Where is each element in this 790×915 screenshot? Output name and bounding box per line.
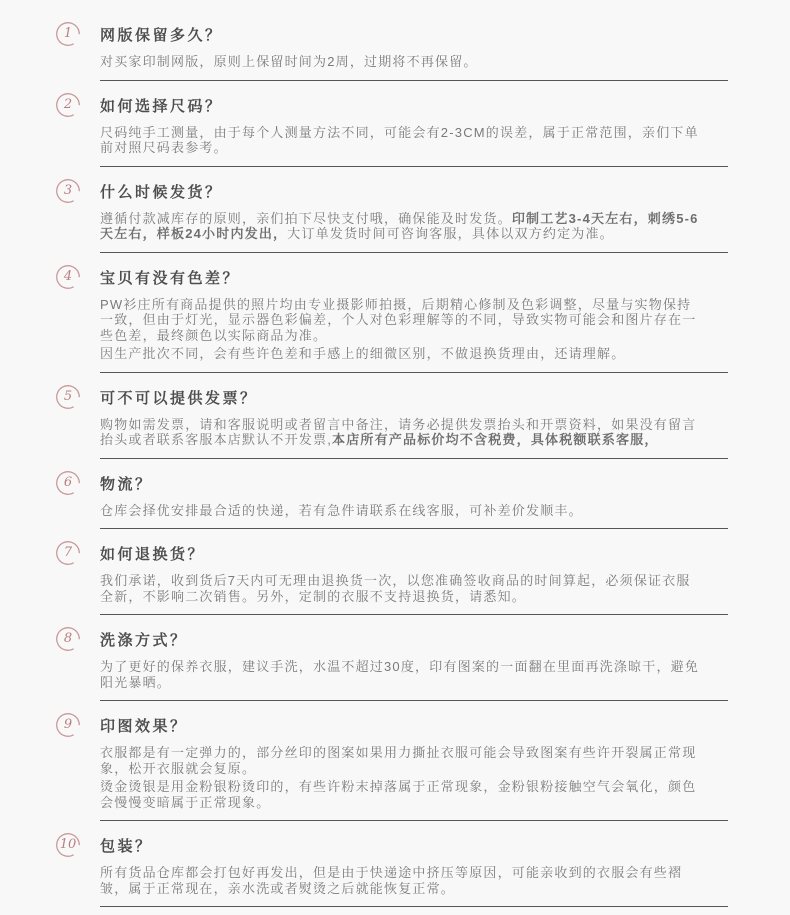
answer-paragraph: 所有货品仓库都会打包好再发出，但是由于快递途中挤压等原因，可能亲收到的衣服会有些… bbox=[100, 865, 700, 896]
item-number: 2 bbox=[55, 92, 81, 118]
item-number: 8 bbox=[55, 626, 81, 652]
item-number-badge: 2 bbox=[55, 92, 81, 118]
answer-paragraph: 我们承诺，收到货后7天内可无理由退换货一次，以您准确签收商品的时间算起，必须保证… bbox=[100, 573, 700, 604]
faq-item-1: 1 网版保留多久？ 对买家印制网版，原则上保留时间为2周，过期将不再保留。 bbox=[0, 12, 790, 81]
answer-paragraph: 购物如需发票，请和客服说明或者留言中备注，请务必提供发票抬头和开票资料，如果没有… bbox=[100, 417, 700, 448]
item-question: 洗涤方式？ bbox=[100, 628, 728, 654]
answer-paragraph: 对买家印制网版，原则上保留时间为2周，过期将不再保留。 bbox=[100, 54, 700, 70]
faq-item-2: 2 如何选择尺码？ 尺码纯手工测量，由于每个人测量方法不同，可能会有2-3CM的… bbox=[0, 81, 790, 167]
answer-segment: 烫金烫银是用金粉银粉烫印的，有些许粉末掉落属于正常现象，金粉银粉接触空气会氧化，… bbox=[100, 779, 696, 810]
item-number: 5 bbox=[55, 384, 81, 410]
answer-paragraph: 烫金烫银是用金粉银粉烫印的，有些许粉末掉落属于正常现象，金粉银粉接触空气会氧化，… bbox=[100, 779, 700, 810]
item-answer: 遵循付款减库存的原则，亲们拍下尽快支付哦，确保能及时发货。印制工艺3-4天左右，… bbox=[100, 211, 700, 242]
item-number: 9 bbox=[55, 712, 81, 738]
item-number-badge: 1 bbox=[55, 21, 81, 47]
answer-segment: 为了更好的保养衣服，建议手洗，水温不超过30度，印有图案的一面翻在里面再洗涤晾干… bbox=[100, 659, 699, 690]
item-answer: 对买家印制网版，原则上保留时间为2周，过期将不再保留。 bbox=[100, 54, 700, 70]
item-question: 什么时候发货？ bbox=[100, 180, 728, 206]
item-answer: PW衫庄所有商品提供的照片均由专业摄影师拍摄，后期精心修制及色彩调整，尽量与实物… bbox=[100, 297, 700, 362]
faq-item-8: 8 洗涤方式？ 为了更好的保养衣服，建议手洗，水温不超过30度，印有图案的一面翻… bbox=[0, 615, 790, 701]
item-number: 4 bbox=[55, 264, 81, 290]
item-question: 如何退换货？ bbox=[100, 542, 728, 568]
item-number-badge: 7 bbox=[55, 540, 81, 566]
faq-item-4: 4 宝贝有没有色差？ PW衫庄所有商品提供的照片均由专业摄影师拍摄，后期精心修制… bbox=[0, 253, 790, 373]
answer-segment: 对买家印制网版，原则上保留时间为2周，过期将不再保留。 bbox=[100, 54, 478, 69]
item-number-badge: 5 bbox=[55, 384, 81, 410]
item-question: 网版保留多久？ bbox=[100, 23, 728, 49]
answer-segment: 大订单发货时间可咨询客服，具体以双方约定为准。 bbox=[287, 226, 614, 241]
answer-paragraph: 仓库会择优安排最合适的快递，若有急件请联系在线客服，可补差价发顺丰。 bbox=[100, 503, 700, 519]
item-number: 3 bbox=[55, 178, 81, 204]
answer-segment: 所有货品仓库都会打包好再发出，但是由于快递途中挤压等原因，可能亲收到的衣服会有些… bbox=[100, 865, 682, 896]
item-answer: 所有货品仓库都会打包好再发出，但是由于快递途中挤压等原因，可能亲收到的衣服会有些… bbox=[100, 865, 700, 896]
item-question: 如何选择尺码？ bbox=[100, 94, 728, 120]
faq-item-5: 5 可不可以提供发票？ 购物如需发票，请和客服说明或者留言中备注，请务必提供发票… bbox=[0, 373, 790, 459]
item-question: 宝贝有没有色差？ bbox=[100, 266, 728, 292]
faq-item-6: 6 物流？ 仓库会择优安排最合适的快递，若有急件请联系在线客服，可补差价发顺丰。 bbox=[0, 459, 790, 530]
item-number-badge: 8 bbox=[55, 626, 81, 652]
answer-paragraph: 为了更好的保养衣服，建议手洗，水温不超过30度，印有图案的一面翻在里面再洗涤晾干… bbox=[100, 659, 700, 690]
item-answer: 尺码纯手工测量，由于每个人测量方法不同，可能会有2-3CM的误差，属于正常范围，… bbox=[100, 125, 700, 156]
item-divider bbox=[100, 906, 728, 907]
item-number-badge: 9 bbox=[55, 712, 81, 738]
item-answer: 为了更好的保养衣服，建议手洗，水温不超过30度，印有图案的一面翻在里面再洗涤晾干… bbox=[100, 659, 700, 690]
answer-paragraph: 衣服都是有一定弹力的，部分丝印的图案如果用力撕扯衣服可能会导致图案有些许开裂属正… bbox=[100, 745, 700, 776]
item-question: 印图效果？ bbox=[100, 714, 728, 740]
answer-paragraph: 尺码纯手工测量，由于每个人测量方法不同，可能会有2-3CM的误差，属于正常范围，… bbox=[100, 125, 700, 156]
item-number-badge: 3 bbox=[55, 178, 81, 204]
item-number: 1 bbox=[55, 21, 81, 47]
item-number: 7 bbox=[55, 540, 81, 566]
answer-segment: 遵循付款减库存的原则，亲们拍下尽快支付哦，确保能及时发货。 bbox=[100, 211, 512, 226]
faq-item-9: 9 印图效果？ 衣服都是有一定弹力的，部分丝印的图案如果用力撕扯衣服可能会导致图… bbox=[0, 701, 790, 821]
answer-paragraph: 因生产批次不同，会有些许色差和手感上的细微区别，不做退换货理由，还请理解。 bbox=[100, 346, 700, 362]
item-number-badge: 4 bbox=[55, 264, 81, 290]
faq-item-3: 3 什么时候发货？ 遵循付款减库存的原则，亲们拍下尽快支付哦，确保能及时发货。印… bbox=[0, 167, 790, 253]
faq-item-7: 7 如何退换货？ 我们承诺，收到货后7天内可无理由退换货一次，以您准确签收商品的… bbox=[0, 529, 790, 615]
item-question: 可不可以提供发票？ bbox=[100, 386, 728, 412]
answer-segment: 衣服都是有一定弹力的，部分丝印的图案如果用力撕扯衣服可能会导致图案有些许开裂属正… bbox=[100, 745, 696, 776]
item-answer: 衣服都是有一定弹力的，部分丝印的图案如果用力撕扯衣服可能会导致图案有些许开裂属正… bbox=[100, 745, 700, 810]
item-answer: 仓库会择优安排最合适的快递，若有急件请联系在线客服，可补差价发顺丰。 bbox=[100, 503, 700, 519]
item-answer: 我们承诺，收到货后7天内可无理由退换货一次，以您准确签收商品的时间算起，必须保证… bbox=[100, 573, 700, 604]
answer-segment: 因生产批次不同，会有些许色差和手感上的细微区别，不做退换货理由，还请理解。 bbox=[100, 346, 625, 361]
item-question: 物流？ bbox=[100, 472, 728, 498]
answer-segment-bold: 本店所有产品标价均不含税费，具体税额联系客服， bbox=[332, 432, 659, 447]
item-number: 10 bbox=[55, 832, 81, 858]
item-number-badge: 10 bbox=[55, 832, 81, 858]
item-question: 包装？ bbox=[100, 834, 728, 860]
item-answer: 购物如需发票，请和客服说明或者留言中备注，请务必提供发票抬头和开票资料，如果没有… bbox=[100, 417, 700, 448]
faq-item-10: 10 包装？ 所有货品仓库都会打包好再发出，但是由于快递途中挤压等原因，可能亲收… bbox=[0, 821, 790, 907]
answer-paragraph: 遵循付款减库存的原则，亲们拍下尽快支付哦，确保能及时发货。印制工艺3-4天左右，… bbox=[100, 211, 700, 242]
answer-segment: PW衫庄所有商品提供的照片均由专业摄影师拍摄，后期精心修制及色彩调整，尽量与实物… bbox=[100, 297, 696, 343]
answer-segment: 仓库会择优安排最合适的快递，若有急件请联系在线客服，可补差价发顺丰。 bbox=[100, 503, 583, 518]
answer-segment: 我们承诺，收到货后7天内可无理由退换货一次，以您准确签收商品的时间算起，必须保证… bbox=[100, 573, 691, 604]
faq-list: 1 网版保留多久？ 对买家印制网版，原则上保留时间为2周，过期将不再保留。 2 … bbox=[0, 0, 790, 907]
answer-segment: 尺码纯手工测量，由于每个人测量方法不同，可能会有2-3CM的误差，属于正常范围，… bbox=[100, 125, 699, 156]
item-number: 6 bbox=[55, 470, 81, 496]
item-number-badge: 6 bbox=[55, 470, 81, 496]
answer-paragraph: PW衫庄所有商品提供的照片均由专业摄影师拍摄，后期精心修制及色彩调整，尽量与实物… bbox=[100, 297, 700, 344]
